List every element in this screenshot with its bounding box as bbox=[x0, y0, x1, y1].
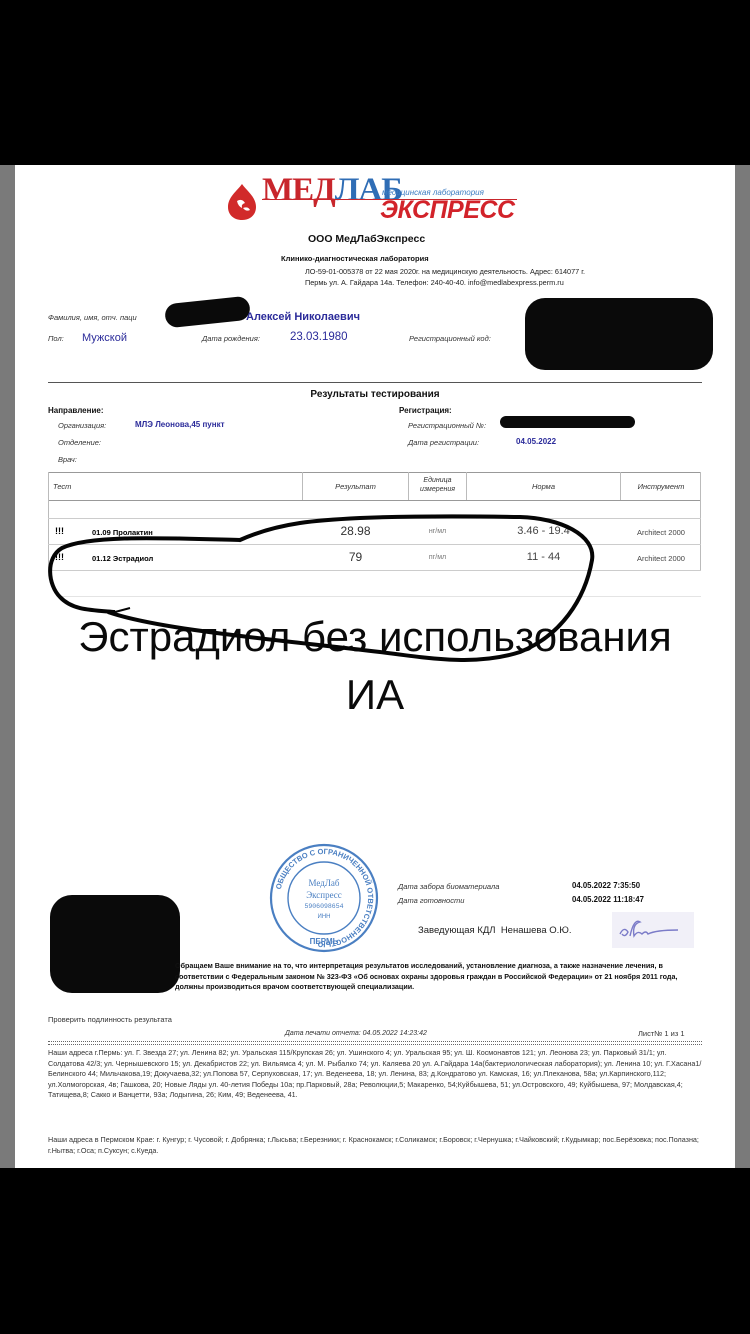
signature-area bbox=[612, 912, 694, 948]
ready-date-label: Дата готовности bbox=[398, 896, 464, 905]
print-date: Дата печати отчета: 04.05.2022 14:23:42 bbox=[285, 1030, 427, 1037]
ready-date-value: 04.05.2022 11:18:47 bbox=[572, 895, 644, 904]
stamp-city: ПЕРМЬ bbox=[310, 937, 339, 946]
collected-date-value: 04.05.2022 7:35:50 bbox=[572, 881, 640, 890]
legal-notice: Обращаем Ваше внимание на то, что интерп… bbox=[175, 961, 700, 993]
stamp-line-2: Экспресс bbox=[306, 890, 342, 900]
dotted-divider bbox=[48, 1041, 702, 1042]
lab-head-name: Заведующая КДЛ Ненашева О.Ю. bbox=[418, 925, 572, 936]
perm-addresses: Наши адреса г.Пермь: ул. Г. Звезда 27; у… bbox=[48, 1048, 703, 1101]
hand-drawn-circle-annotation bbox=[0, 0, 750, 1334]
verify-authenticity-link[interactable]: Проверить подлинность результата bbox=[48, 1015, 172, 1024]
official-stamp-icon: ОБЩЕСТВО С ОГРАНИЧЕННОЙ ОТВЕТСТВЕННОСТЬЮ… bbox=[268, 842, 380, 954]
stamp-line-1: МедЛаб bbox=[308, 878, 339, 888]
collected-date-label: Дата забора биоматериала bbox=[398, 882, 499, 891]
signature-icon bbox=[612, 912, 694, 948]
dotted-divider bbox=[48, 1044, 702, 1045]
redaction bbox=[50, 895, 180, 993]
stamp-line-4: ИНН bbox=[318, 914, 331, 920]
region-addresses: Наши адреса в Пермском Крае: г. Кунгур; … bbox=[48, 1135, 703, 1156]
stamp-line-3: 5906098654 bbox=[304, 903, 343, 910]
sheet-number: Лист№ 1 из 1 bbox=[638, 1029, 685, 1038]
